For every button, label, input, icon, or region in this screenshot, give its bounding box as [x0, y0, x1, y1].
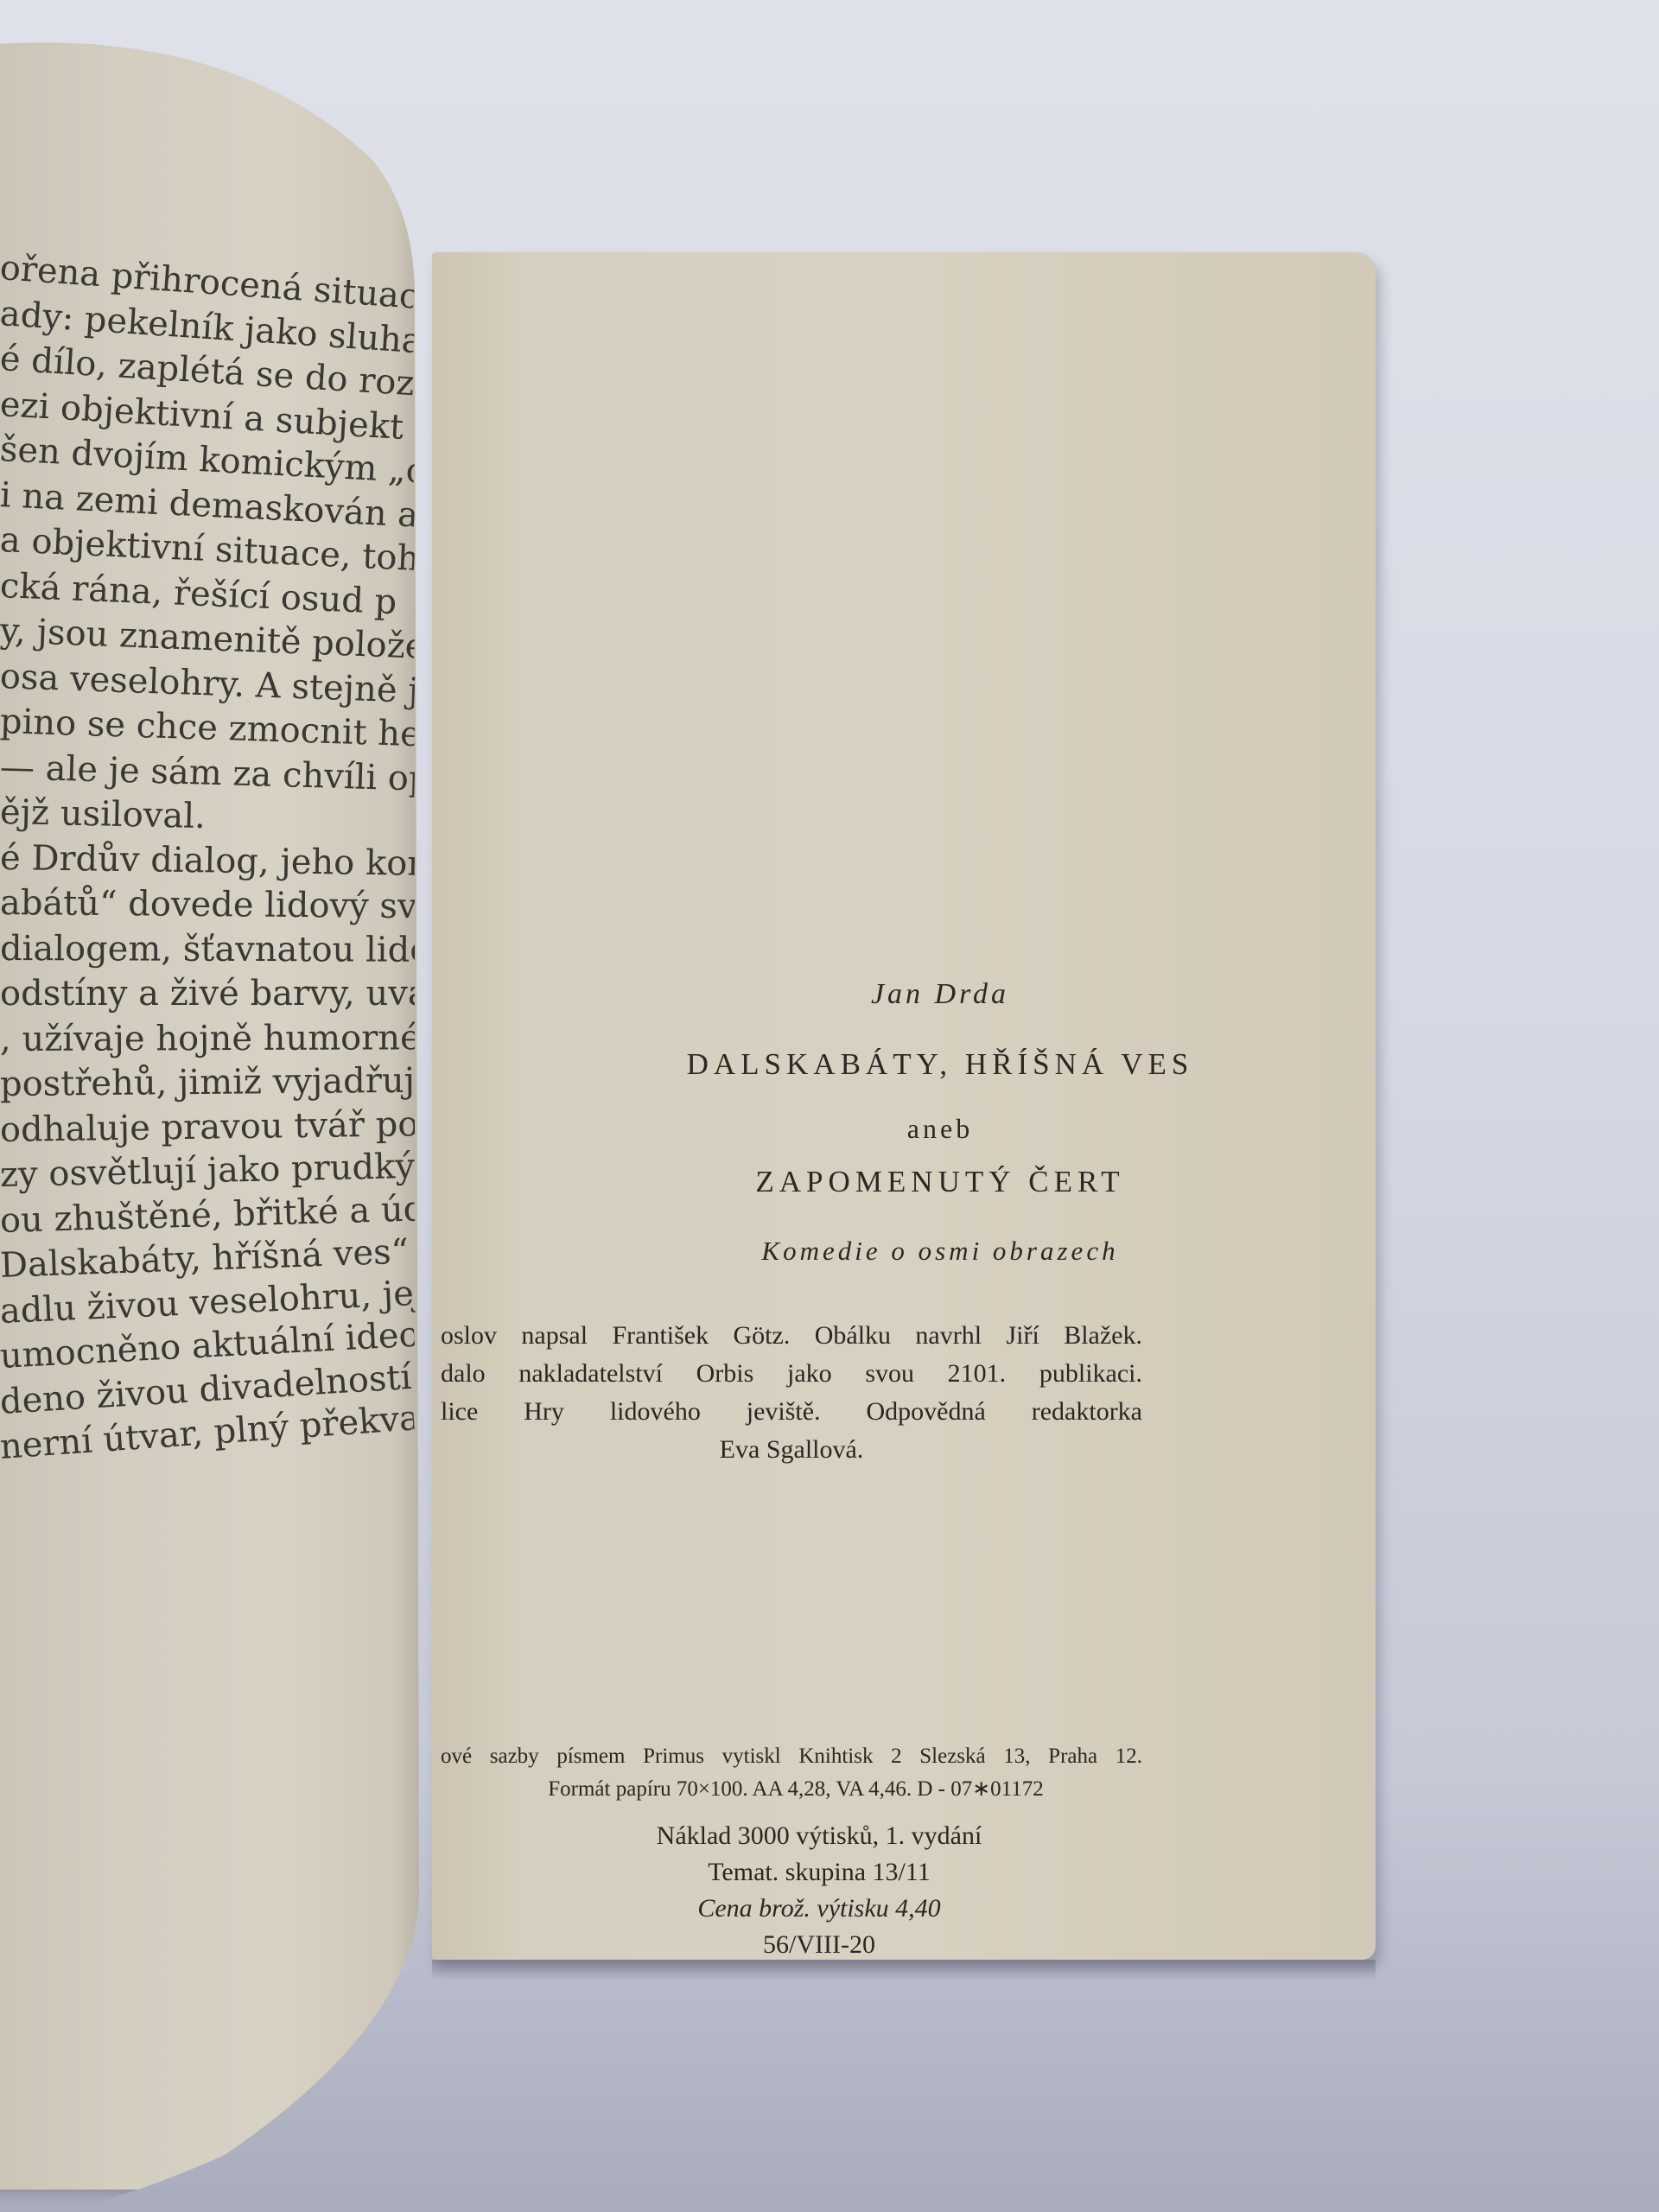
credits-line: oslov napsal František Götz. Obálku navr…	[441, 1317, 1142, 1355]
title-line-2: ZAPOMENUTÝ ČERT	[468, 1165, 1412, 1199]
text-line: odstíny a živé barvy, uvá	[0, 971, 415, 1017]
author-name: Jan Drda	[468, 978, 1412, 1011]
subtitle: Komedie o osmi obrazech	[468, 1236, 1412, 1267]
edition-info: Náklad 3000 výtisků, 1. vydání Temat. sk…	[468, 1818, 1170, 1963]
credits-line: lice Hry lidového jeviště. Odpovědná red…	[441, 1393, 1142, 1431]
text-line: , užívaje hojně humorné	[0, 1015, 415, 1062]
credits-block: oslov napsal František Götz. Obálku navr…	[441, 1317, 1142, 1469]
imprint-page: Jan Drda DALSKABÁTY, HŘÍŠNÁ VES aneb ZAP…	[432, 252, 1376, 1960]
text-line: dialogem, šťavnatou lidov	[0, 926, 415, 973]
text-line: abátů“ dovede lidový své	[0, 880, 415, 930]
credits-line: dalo nakladatelství Orbis jako svou 2101…	[441, 1355, 1142, 1393]
title-connector: aneb	[468, 1113, 1412, 1145]
credits-line: Eva Sgallová.	[441, 1431, 1142, 1469]
price: Cena brož. výtisku 4,40	[468, 1891, 1170, 1927]
page-shadow	[432, 1960, 1376, 1980]
printing-line: Formát papíru 70×100. AA 4,28, VA 4,46. …	[441, 1773, 1142, 1806]
thematic-group: Temat. skupina 13/11	[468, 1854, 1170, 1891]
left-page: ořena přihrocená situace ady: pekelník j…	[0, 12, 448, 2190]
printing-line: ové sazby písmem Primus vytiskl Knihtisk…	[441, 1740, 1142, 1773]
print-run: Náklad 3000 výtisků, 1. vydání	[468, 1818, 1170, 1854]
edition-code: 56/VIII-20	[468, 1927, 1170, 1963]
title-line-1: DALSKABÁTY, HŘÍŠNÁ VES	[468, 1047, 1412, 1082]
text-line: é Drdův dialog, jeho kom	[0, 836, 415, 887]
text-line: postřehů, jimiž vyjadřuje	[0, 1058, 415, 1108]
printing-info: ové sazby písmem Primus vytiskl Knihtisk…	[441, 1740, 1142, 1806]
left-page-text: ořena přihrocená situace ady: pekelník j…	[0, 245, 432, 1471]
